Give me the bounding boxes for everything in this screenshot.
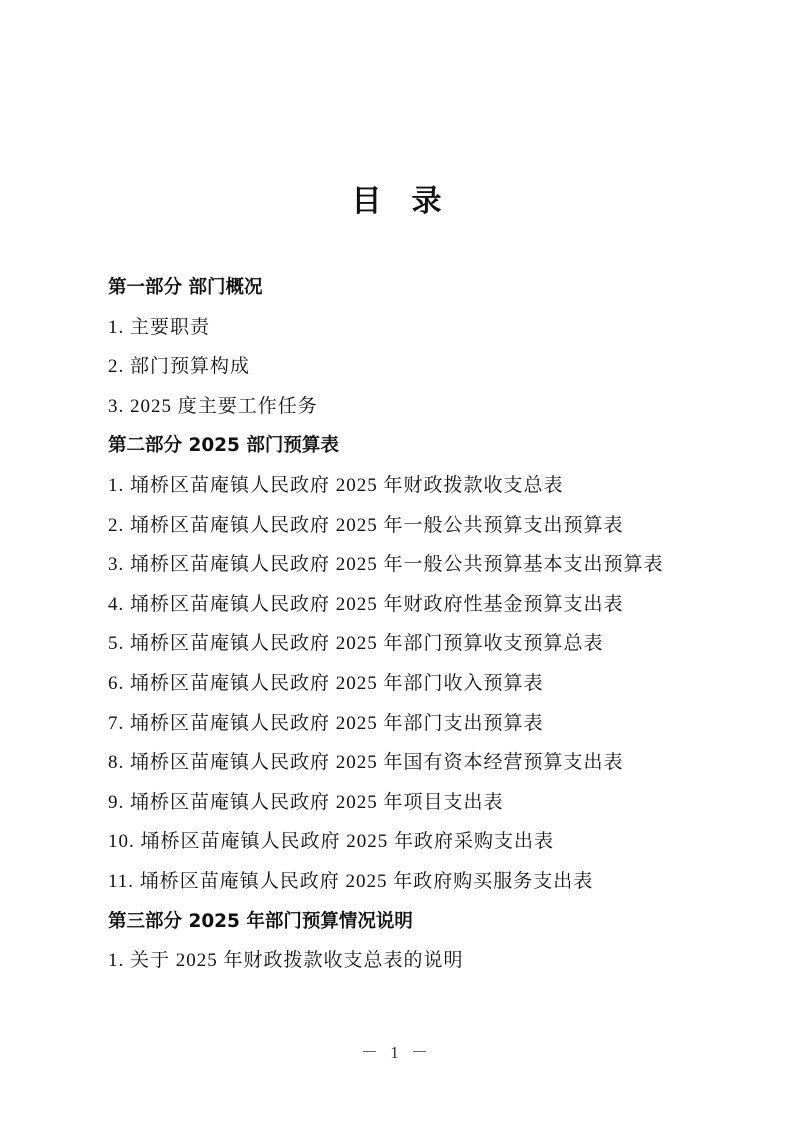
toc-item[interactable]: 8. 埇桥区苗庵镇人民政府 2025 年国有资本经营预算支出表 [108,743,748,783]
page-title: 目录 [0,182,793,222]
toc-item[interactable]: 1. 主要职责 [108,308,748,348]
page-number: － 1 － [0,1038,793,1063]
toc-item[interactable]: 6. 埇桥区苗庵镇人民政府 2025 年部门收入预算表 [108,664,748,704]
toc-item[interactable]: 9. 埇桥区苗庵镇人民政府 2025 年项目支出表 [108,783,748,823]
toc-item[interactable]: 2. 埇桥区苗庵镇人民政府 2025 年一般公共预算支出预算表 [108,506,748,546]
toc-item[interactable]: 1. 关于 2025 年财政拨款收支总表的说明 [108,941,748,981]
toc-item[interactable]: 2. 部门预算构成 [108,347,748,387]
toc-item[interactable]: 4. 埇桥区苗庵镇人民政府 2025 年财政府性基金预算支出表 [108,585,748,625]
toc-item[interactable]: 10. 埇桥区苗庵镇人民政府 2025 年政府采购支出表 [108,822,748,862]
toc-item[interactable]: 3. 埇桥区苗庵镇人民政府 2025 年一般公共预算基本支出预算表 [108,545,748,585]
toc-item[interactable]: 7. 埇桥区苗庵镇人民政府 2025 年部门支出预算表 [108,704,748,744]
toc-section-part-3[interactable]: 第三部分 2025 年部门预算情况说明 [108,902,748,942]
toc-item[interactable]: 3. 2025 度主要工作任务 [108,387,748,427]
table-of-contents: 第一部分 部门概况 1. 主要职责 2. 部门预算构成 3. 2025 度主要工… [108,268,748,981]
toc-item[interactable]: 5. 埇桥区苗庵镇人民政府 2025 年部门预算收支预算总表 [108,624,748,664]
toc-section-part-1[interactable]: 第一部分 部门概况 [108,268,748,308]
toc-item[interactable]: 11. 埇桥区苗庵镇人民政府 2025 年政府购买服务支出表 [108,862,748,902]
toc-item[interactable]: 1. 埇桥区苗庵镇人民政府 2025 年财政拨款收支总表 [108,466,748,506]
toc-section-part-2[interactable]: 第二部分 2025 部门预算表 [108,426,748,466]
